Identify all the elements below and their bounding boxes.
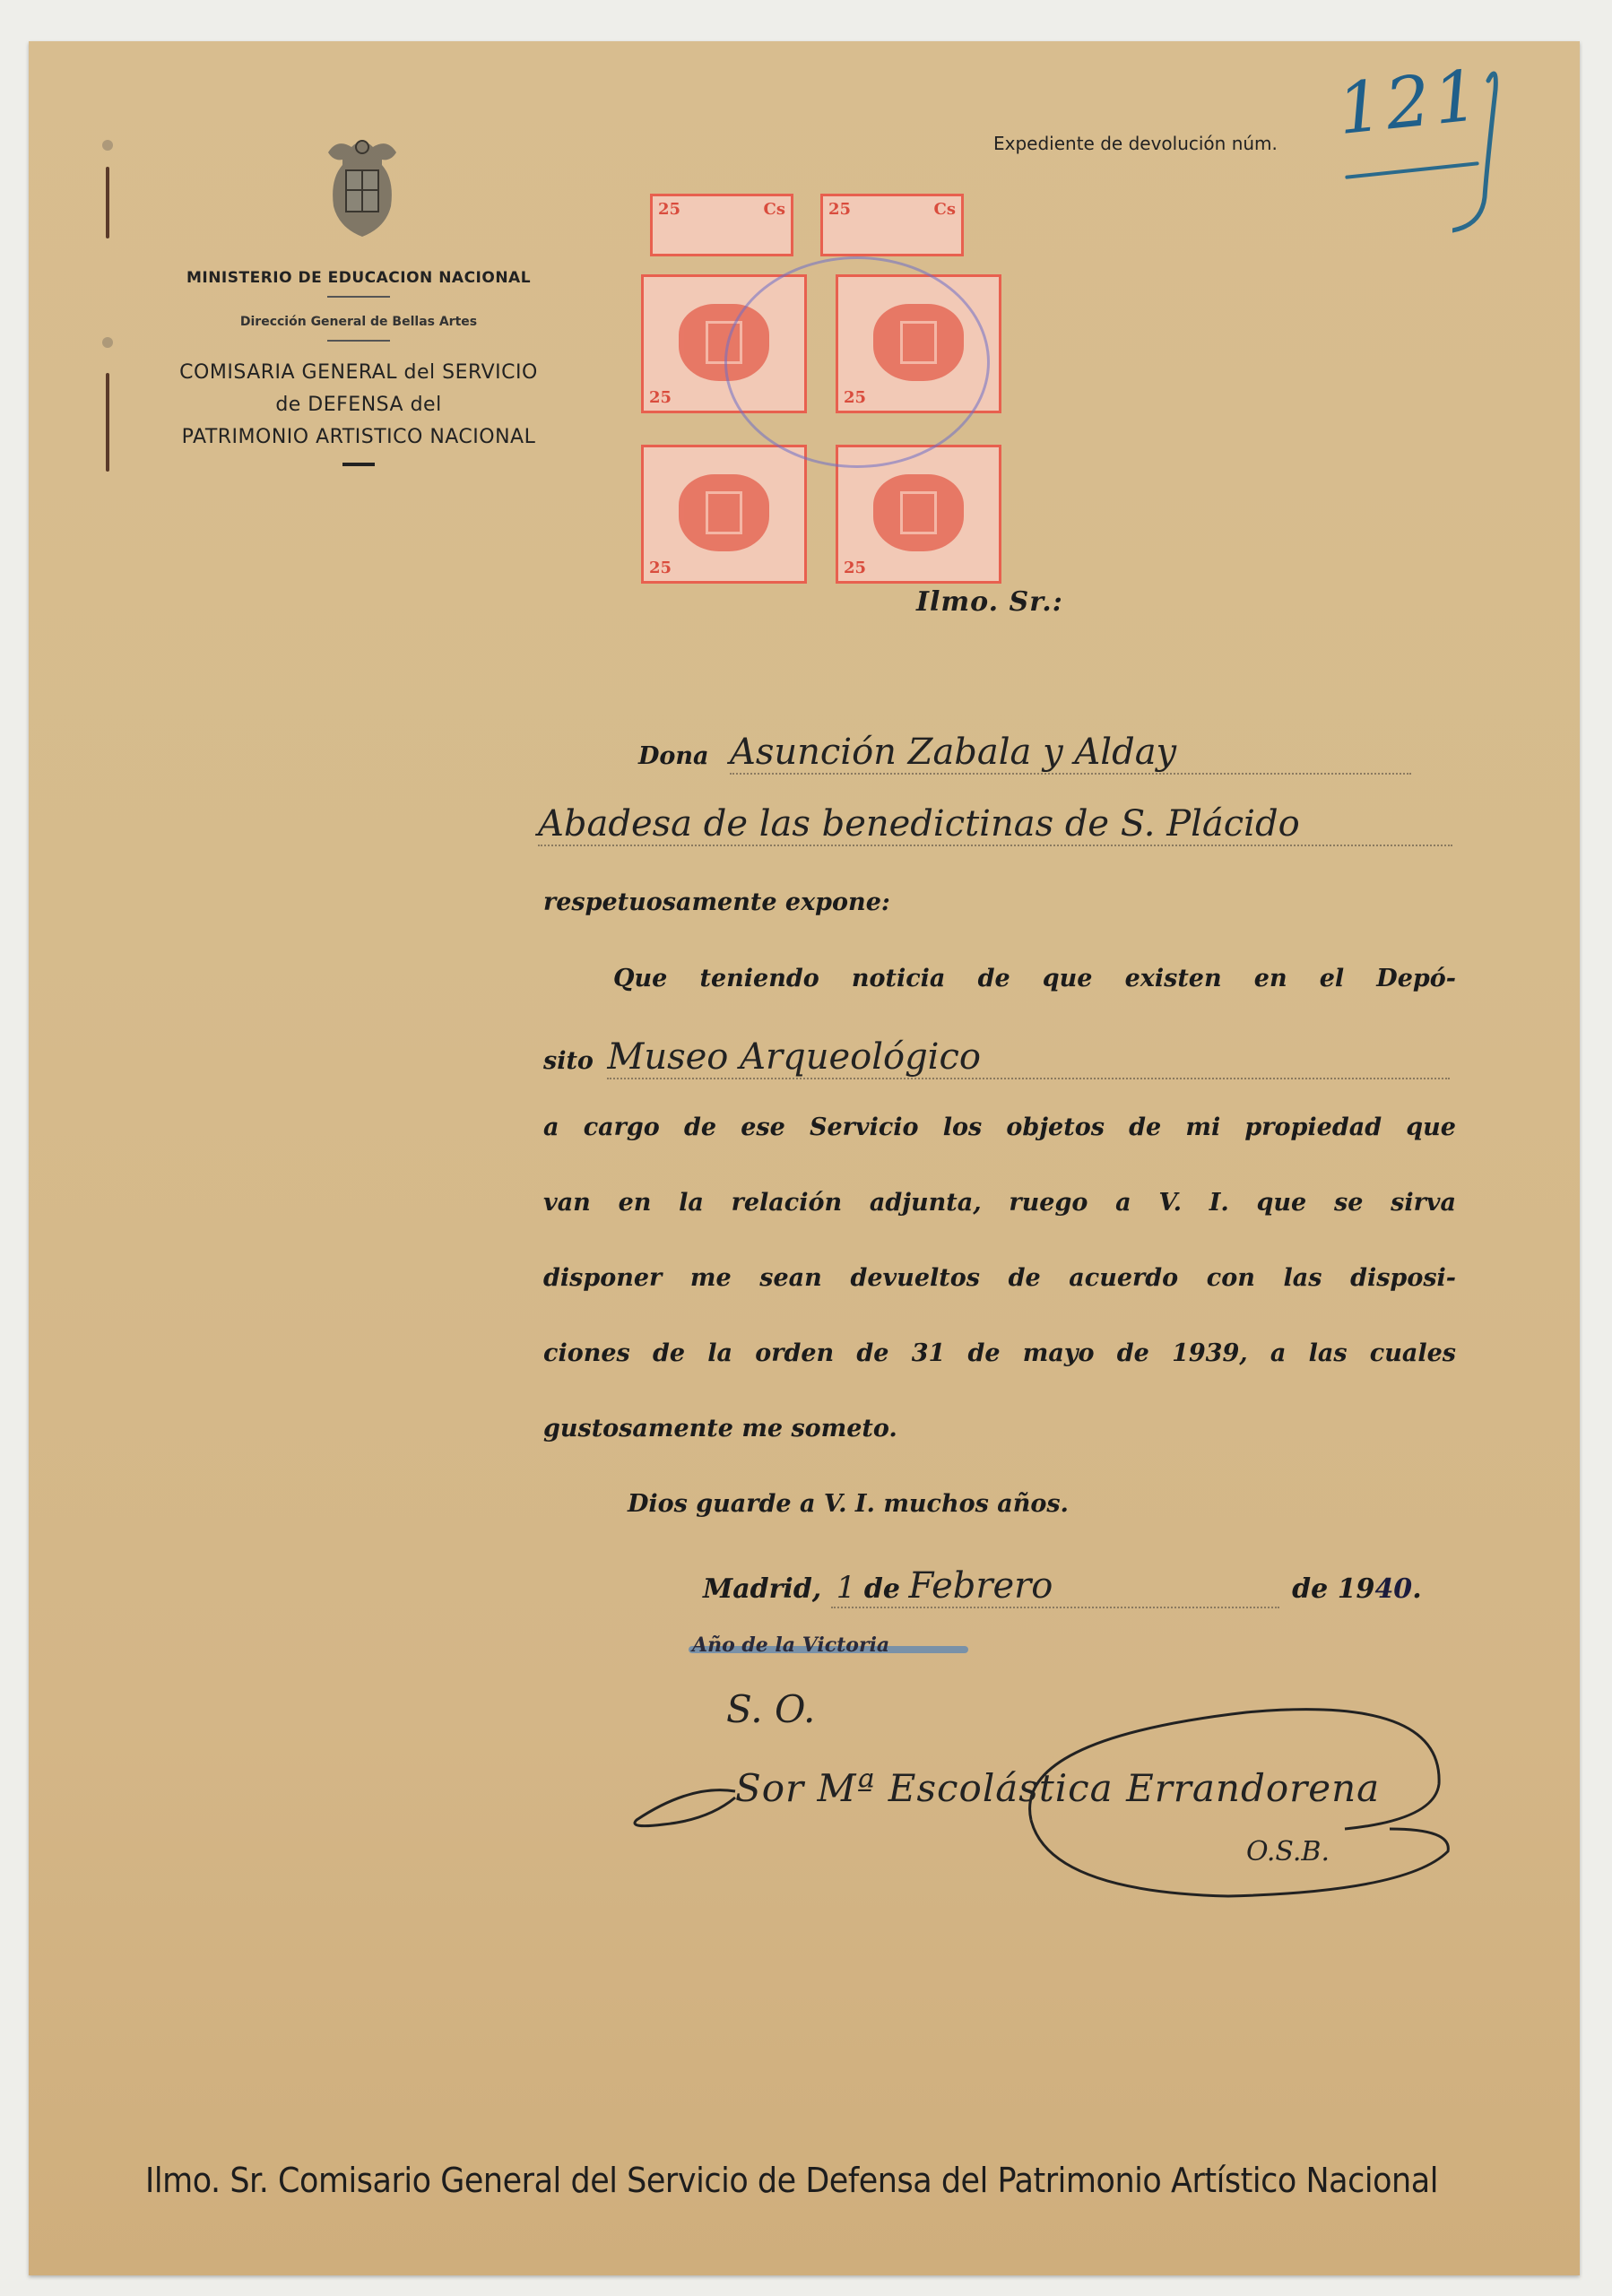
postmark-circle (724, 256, 990, 468)
stamp-small: 25 Cs (820, 194, 964, 256)
comisaria-line-1: COMISARIA GENERAL del SERVICIO (143, 357, 574, 389)
staple-hole (102, 337, 113, 348)
date-day: 1 (836, 1570, 856, 1606)
revenue-stamps: 25 Cs 25 Cs 25 25 25 25 (619, 176, 995, 579)
divider (342, 463, 375, 466)
signature-flourish (601, 1685, 1479, 1901)
body-line-deposito: sito Museo Arqueológico (543, 1036, 1456, 1079)
staple-hole (102, 140, 113, 151)
stamp-value: 25 (658, 200, 680, 219)
date-year-printed: 19 (1338, 1573, 1375, 1605)
divider (327, 296, 390, 298)
petitioner-title-line: Abadesa de las benedictinas de S. Plácid… (538, 803, 1447, 846)
expediente-label: Expediente de devolución núm. (993, 133, 1278, 154)
stamp-value: 25 (649, 559, 672, 577)
deposito-value: Museo Arqueológico (607, 1036, 1450, 1079)
staple-marks (99, 140, 117, 516)
date-line: Madrid, 1 de Febrero de 1940. (703, 1565, 1474, 1608)
staple (106, 167, 109, 238)
date-de: de (1292, 1573, 1328, 1605)
stamp-shield-icon (679, 474, 768, 551)
petitioner-line: Dona Asunción Zabala y Alday (638, 732, 1547, 775)
stamp-value: 25 (828, 200, 851, 219)
spanish-coat-of-arms-icon (319, 134, 405, 240)
direction-name: Dirección General de Bellas Artes (143, 315, 574, 329)
body-line: gustosamente me someto. (543, 1415, 1456, 1443)
body-line: van en la relación adjunta, ruego a V. I… (543, 1189, 1456, 1217)
stamp-value: 25 (844, 559, 866, 577)
stamp-unit: Cs (764, 200, 785, 219)
petitioner-prefix: Dona (638, 742, 709, 770)
date-de: de (864, 1573, 900, 1605)
comisaria-name: COMISARIA GENERAL del SERVICIO de DEFENS… (143, 357, 574, 454)
stamp-shield-icon (873, 474, 963, 551)
body-line: Que teniendo noticia de que existen en e… (613, 965, 1456, 992)
body-line: ciones de la orden de 31 de mayo de 1939… (543, 1339, 1456, 1367)
closing-formula: Dios guarde a V. I. muchos años. (628, 1490, 1345, 1518)
stamp-large: 25 (641, 445, 807, 584)
stamp-small: 25 Cs (650, 194, 793, 256)
petitioner-title: Abadesa de las benedictinas de S. Plácid… (538, 803, 1452, 846)
comisaria-line-2: de DEFENSA del (143, 389, 574, 421)
divider (327, 340, 390, 342)
expediente-flourish (1452, 63, 1506, 260)
deposito-label: sito (543, 1047, 594, 1075)
addressee-footer: Ilmo. Sr. Comisario General del Servicio… (145, 2161, 1438, 2200)
date-year-handwritten: 40 (1374, 1573, 1412, 1605)
salutation: Ilmo. Sr.: (916, 586, 1063, 618)
document-page: MINISTERIO DE EDUCACION NACIONAL Direcci… (29, 41, 1580, 2275)
date-fill: 1 de Febrero (831, 1565, 1279, 1608)
expone-text: respetuosamente expone: (543, 888, 1452, 916)
stamp-unit: Cs (934, 200, 956, 219)
signature-block: S. O. Sor Mª Escolástica Errandorena O.S… (601, 1685, 1479, 1901)
ministry-name: MINISTERIO DE EDUCACION NACIONAL (143, 269, 574, 287)
petitioner-name: Asunción Zabala y Alday (730, 732, 1411, 775)
date-city: Madrid, (703, 1573, 821, 1605)
staple (106, 373, 109, 472)
stamp-value: 25 (649, 388, 672, 407)
body-line: a cargo de ese Servicio los objetos de m… (543, 1113, 1456, 1141)
crossed-out-text: Año de la Victoria (692, 1633, 889, 1657)
date-month: Febrero (909, 1565, 1053, 1607)
comisaria-line-3: PATRIMONIO ARTISTICO NACIONAL (143, 421, 574, 454)
signature-order: O.S.B. (1246, 1836, 1330, 1867)
body-line: disponer me sean devueltos de acuerdo co… (543, 1264, 1456, 1292)
